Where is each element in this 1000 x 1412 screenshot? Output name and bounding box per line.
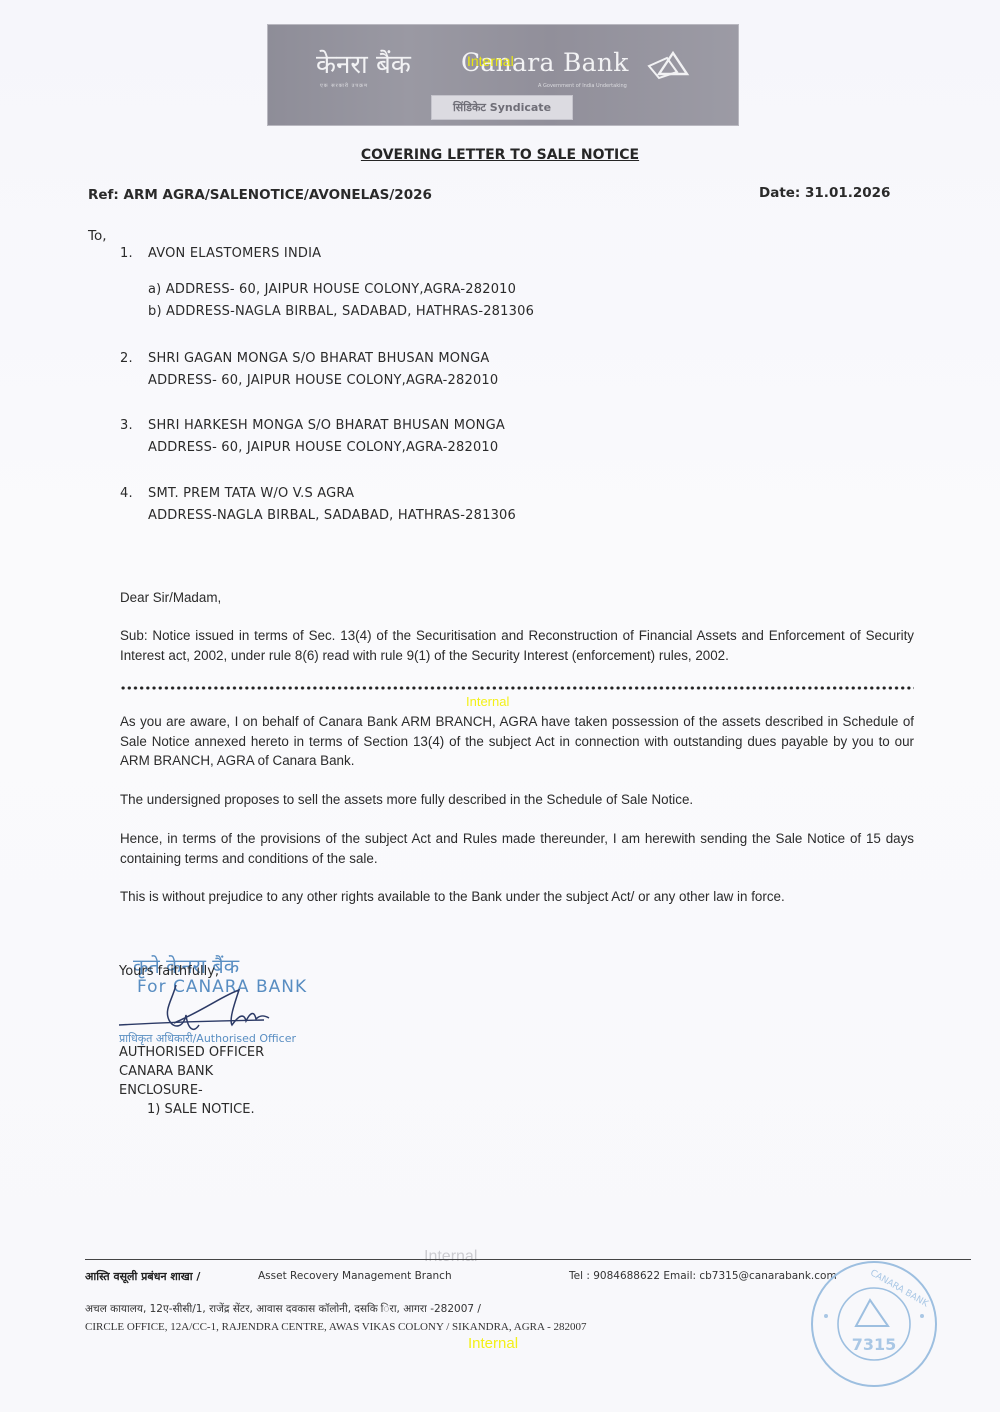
footer-contact: Tel : 9084688622 Email: cb7315@canaraban… xyxy=(569,1270,837,1282)
seal-number: 7315 xyxy=(852,1335,897,1354)
canara-bank-logo-icon xyxy=(647,50,691,80)
branch-seal-icon: 7315 CANARA BANK xyxy=(808,1258,940,1390)
seal-text: CANARA BANK xyxy=(868,1268,930,1310)
letterhead-banner: केनरा बैंक Canara Bank एक सरकारी उपक्रम … xyxy=(267,24,739,126)
watermark-internal: Internal xyxy=(468,1335,518,1352)
signatory-designation: AUTHORISED OFFICER xyxy=(119,1043,264,1062)
recipient-name: SMT. PREM TATA W/O V.S AGRA xyxy=(148,483,516,505)
recipient-address: ADDRESS- 60, JAIPUR HOUSE COLONY,AGRA-28… xyxy=(148,370,498,392)
syndicate-badge: सिंडिकेट Syndicate xyxy=(431,95,573,120)
recipient-number: 4. xyxy=(120,483,133,505)
to-label: To, xyxy=(88,228,107,244)
enclosure-label: ENCLOSURE- xyxy=(119,1081,264,1100)
paragraph-without-prejudice: This is without prejudice to any other r… xyxy=(120,887,914,907)
recipient-address-b: b) ADDRESS-NAGLA BIRBAL, SADABAD, HATHRA… xyxy=(148,301,534,323)
signatory-details: AUTHORISED OFFICER CANARA BANK ENCLOSURE… xyxy=(119,1043,264,1119)
paragraph-proposal: The undersigned proposes to sell the ass… xyxy=(120,790,914,810)
watermark-internal: Internal xyxy=(467,53,514,69)
paragraph-sale-notice: Hence, in terms of the provisions of the… xyxy=(120,829,914,868)
recipient-address: ADDRESS- 60, JAIPUR HOUSE COLONY,AGRA-28… xyxy=(148,437,505,459)
salutation: Dear Sir/Madam, xyxy=(120,588,914,608)
dotted-separator xyxy=(120,686,914,690)
subject-line: Sub: Notice issued in terms of Sec. 13(4… xyxy=(120,626,914,665)
recipient-address-a: a) ADDRESS- 60, JAIPUR HOUSE COLONY,AGRA… xyxy=(148,279,534,301)
recipient-name: SHRI GAGAN MONGA S/O BHARAT BHUSAN MONGA xyxy=(148,348,498,370)
footer-branch-hindi: आस्ति वसूली प्रबंधन शाखा / xyxy=(85,1269,200,1284)
footer-address-english: CIRCLE OFFICE, 12A/CC-1, RAJENDRA CENTRE… xyxy=(85,1321,587,1333)
signatory-bank: CANARA BANK xyxy=(119,1062,264,1081)
watermark-internal-footer: Internal xyxy=(424,1248,477,1266)
reference-number: Ref: ARM AGRA/SALENOTICE/AVONELAS/2026 xyxy=(88,187,432,203)
letter-page: केनरा बैंक Canara Bank एक सरकारी उपक्रम … xyxy=(0,0,1000,1412)
recipient-number: 2. xyxy=(120,348,133,370)
recipient-number: 3. xyxy=(120,415,133,437)
bank-name-hindi: केनरा बैंक xyxy=(316,45,411,81)
recipient-name: AVON ELASTOMERS INDIA xyxy=(148,243,534,265)
recipient-number: 1. xyxy=(120,243,133,265)
signature-block: कृते केनरा बैंक Yours faithfully, For CA… xyxy=(119,950,359,1130)
recipient-address: ADDRESS-NAGLA BIRBAL, SADABAD, HATHRAS-2… xyxy=(148,505,516,527)
footer-branch-english: Asset Recovery Management Branch xyxy=(258,1270,452,1282)
watermark-internal: Internal xyxy=(466,694,509,709)
paragraph-possession: As you are aware, I on behalf of Canara … xyxy=(120,712,914,771)
footer-address-hindi: अचल कायालय, 12ए-सीसी/1, राजेंद्र सेंटर, … xyxy=(85,1302,481,1316)
letter-date: Date: 31.01.2026 xyxy=(759,185,890,201)
recipient-name: SHRI HARKESH MONGA S/O BHARAT BHUSAN MON… xyxy=(148,415,505,437)
tagline-english: A Government of India Undertaking xyxy=(538,83,627,89)
document-title: COVERING LETTER TO SALE NOTICE xyxy=(0,147,1000,163)
enclosure-item: 1) SALE NOTICE. xyxy=(119,1100,264,1119)
tagline-hindi: एक सरकारी उपक्रम xyxy=(320,83,368,89)
